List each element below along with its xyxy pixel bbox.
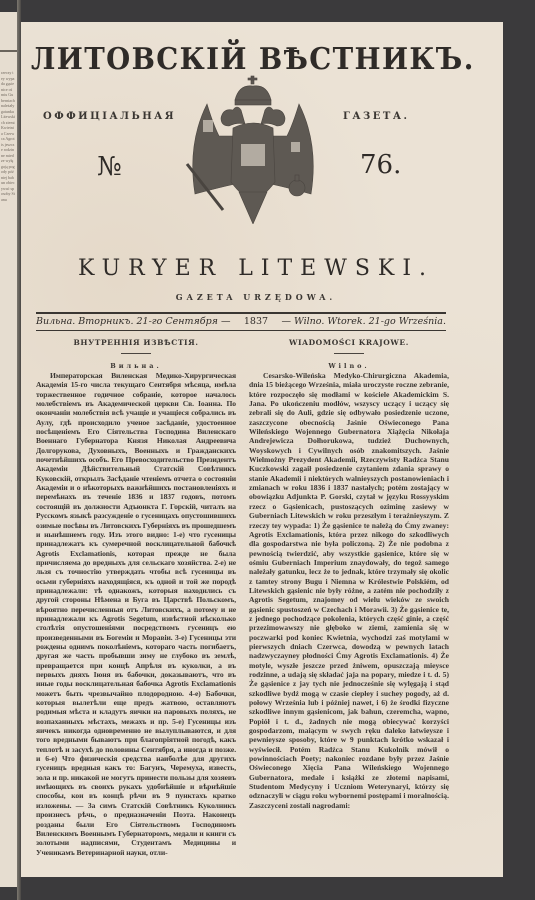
dateline-russian: Вильна. Вторникъ. 21-го Сентября —	[36, 316, 230, 327]
masthead-subtitle-left: ОФФИЦІАЛЬНАЯ	[43, 111, 176, 122]
article-text-russian: Императорская Виленская Медико-Хирургиче…	[36, 371, 236, 857]
sliver-text: rzeczy tey wypada gąsienice ośmiu Gubern…	[1, 70, 15, 870]
masthead-subtitle-right: ГАЗЕТА.	[343, 111, 409, 122]
dateline-year: 1837	[244, 316, 268, 327]
masthead-rule-top	[36, 312, 446, 314]
article-text-polish: Cesarsko-Wileńska Medyko-Chirurgiczna Ak…	[249, 371, 449, 810]
double-headed-eagle-icon	[183, 74, 323, 224]
section-heading-russian: ВНУТРЕННІЯ ИЗВѢСТІЯ.	[36, 338, 236, 347]
section-divider	[334, 353, 364, 354]
city-heading-russian: Вильна.	[36, 362, 236, 370]
masthead-rule-bottom	[36, 330, 446, 331]
issue-number: 76.	[360, 150, 401, 180]
newspaper-page: ЛИТОВСКІЙ ВѢСТНИКЪ. ОФФИЦІАЛЬНАЯ ГАЗЕТА.…	[21, 22, 503, 877]
previous-page-edge: rzeczy tey wypada gąsienice ośmiu Gubern…	[0, 12, 17, 887]
dateline: Вильна. Вторникъ. 21-го Сентября — 1837 …	[36, 316, 446, 327]
issue-number-sign: №	[97, 152, 122, 182]
masthead-subtitle-polish: GAZETA URZĘDOWA.	[116, 292, 396, 302]
city-heading-polish: Wilno.	[249, 362, 449, 370]
dateline-polish: — Wilno. Wtorek. 21-go Września.	[281, 316, 446, 327]
column-russian: ВНУТРЕННІЯ ИЗВѢСТІЯ. Вильна. Императорск…	[36, 338, 236, 857]
masthead-title-russian: ЛИТОВСКІЙ ВѢСТНИКЪ.	[31, 42, 436, 77]
masthead-title-polish: KURYER LITEWSKI.	[71, 256, 441, 281]
sliver-rule	[0, 50, 17, 52]
column-polish: WIADOMOŚCI KRAJOWE. Wilno. Cesarsko-Wile…	[249, 338, 449, 810]
section-heading-polish: WIADOMOŚCI KRAJOWE.	[249, 338, 449, 347]
section-divider	[121, 353, 151, 354]
